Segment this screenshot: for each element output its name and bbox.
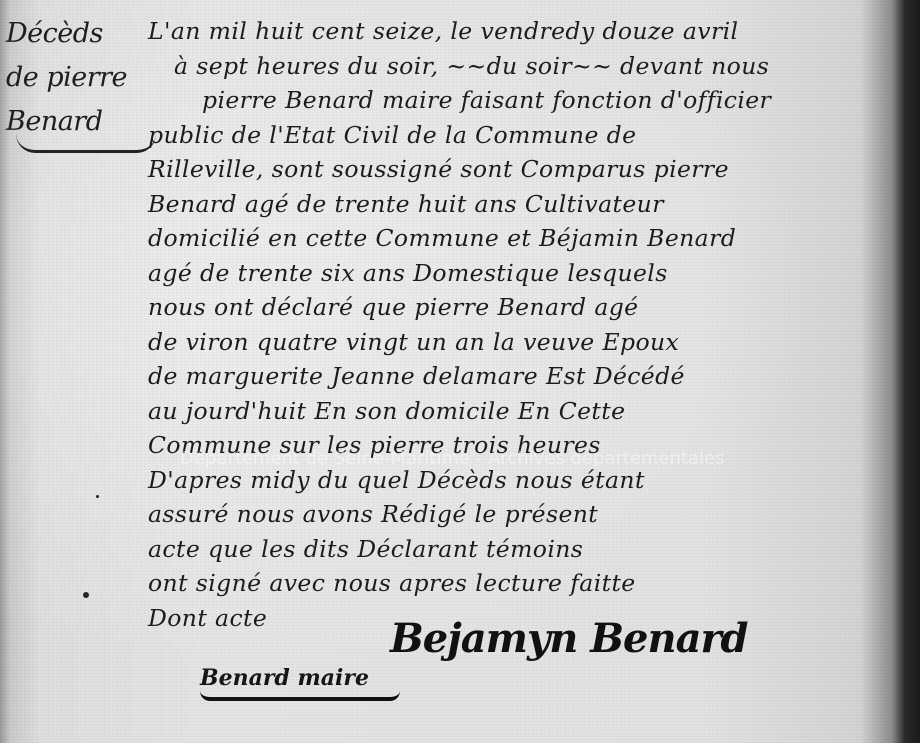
record-line: de marguerite Jeanne delamare Est Décédé <box>148 359 893 394</box>
signatures-block: Bejamyn Benard Benard maire <box>200 615 820 725</box>
margin-note: Décèds de pierre Benard <box>6 12 146 153</box>
record-line: ont signé avec nous apres lecture faitte <box>148 566 893 601</box>
record-line: à sept heures du soir, ~~du soir~~ devan… <box>148 49 893 84</box>
signature-mayor-text: Benard maire <box>200 665 369 691</box>
ink-speck <box>83 592 89 598</box>
record-line: acte que les dits Déclarant témoins <box>148 532 893 567</box>
margin-note-line: Décèds <box>6 12 146 56</box>
record-line: Rilleville, sont soussigné sont Comparus… <box>148 152 893 187</box>
record-line: pierre Benard maire faisant fonction d'o… <box>148 83 893 118</box>
margin-note-line: de pierre <box>6 56 146 100</box>
record-line: Commune sur les pierre trois heures <box>148 428 893 463</box>
document-page: Décèds de pierre Benard L'an mil huit ce… <box>0 0 920 743</box>
record-line: public de l'Etat Civil de la Commune de <box>148 118 893 153</box>
ink-speck <box>96 495 99 498</box>
record-line: D'apres midy du quel Décèds nous étant <box>148 463 893 498</box>
record-line: agé de trente six ans Domestique lesquel… <box>148 256 893 291</box>
record-line: domicilié en cette Commune et Béjamin Be… <box>148 221 893 256</box>
record-body: L'an mil huit cent seize, le vendredy do… <box>148 14 893 635</box>
record-line: Benard agé de trente huit ans Cultivateu… <box>148 187 893 222</box>
record-line: nous ont déclaré que pierre Benard agé <box>148 290 893 325</box>
record-line: assuré nous avons Rédigé le présent <box>148 497 893 532</box>
signature-declarant: Bejamyn Benard <box>390 615 748 662</box>
record-line: au jourd'huit En son domicile En Cette <box>148 394 893 429</box>
record-line: L'an mil huit cent seize, le vendredy do… <box>148 14 893 49</box>
record-line: de viron quatre vingt un an la veuve Epo… <box>148 325 893 360</box>
signature-mayor: Benard maire <box>200 667 400 701</box>
signature-underline <box>200 691 400 701</box>
